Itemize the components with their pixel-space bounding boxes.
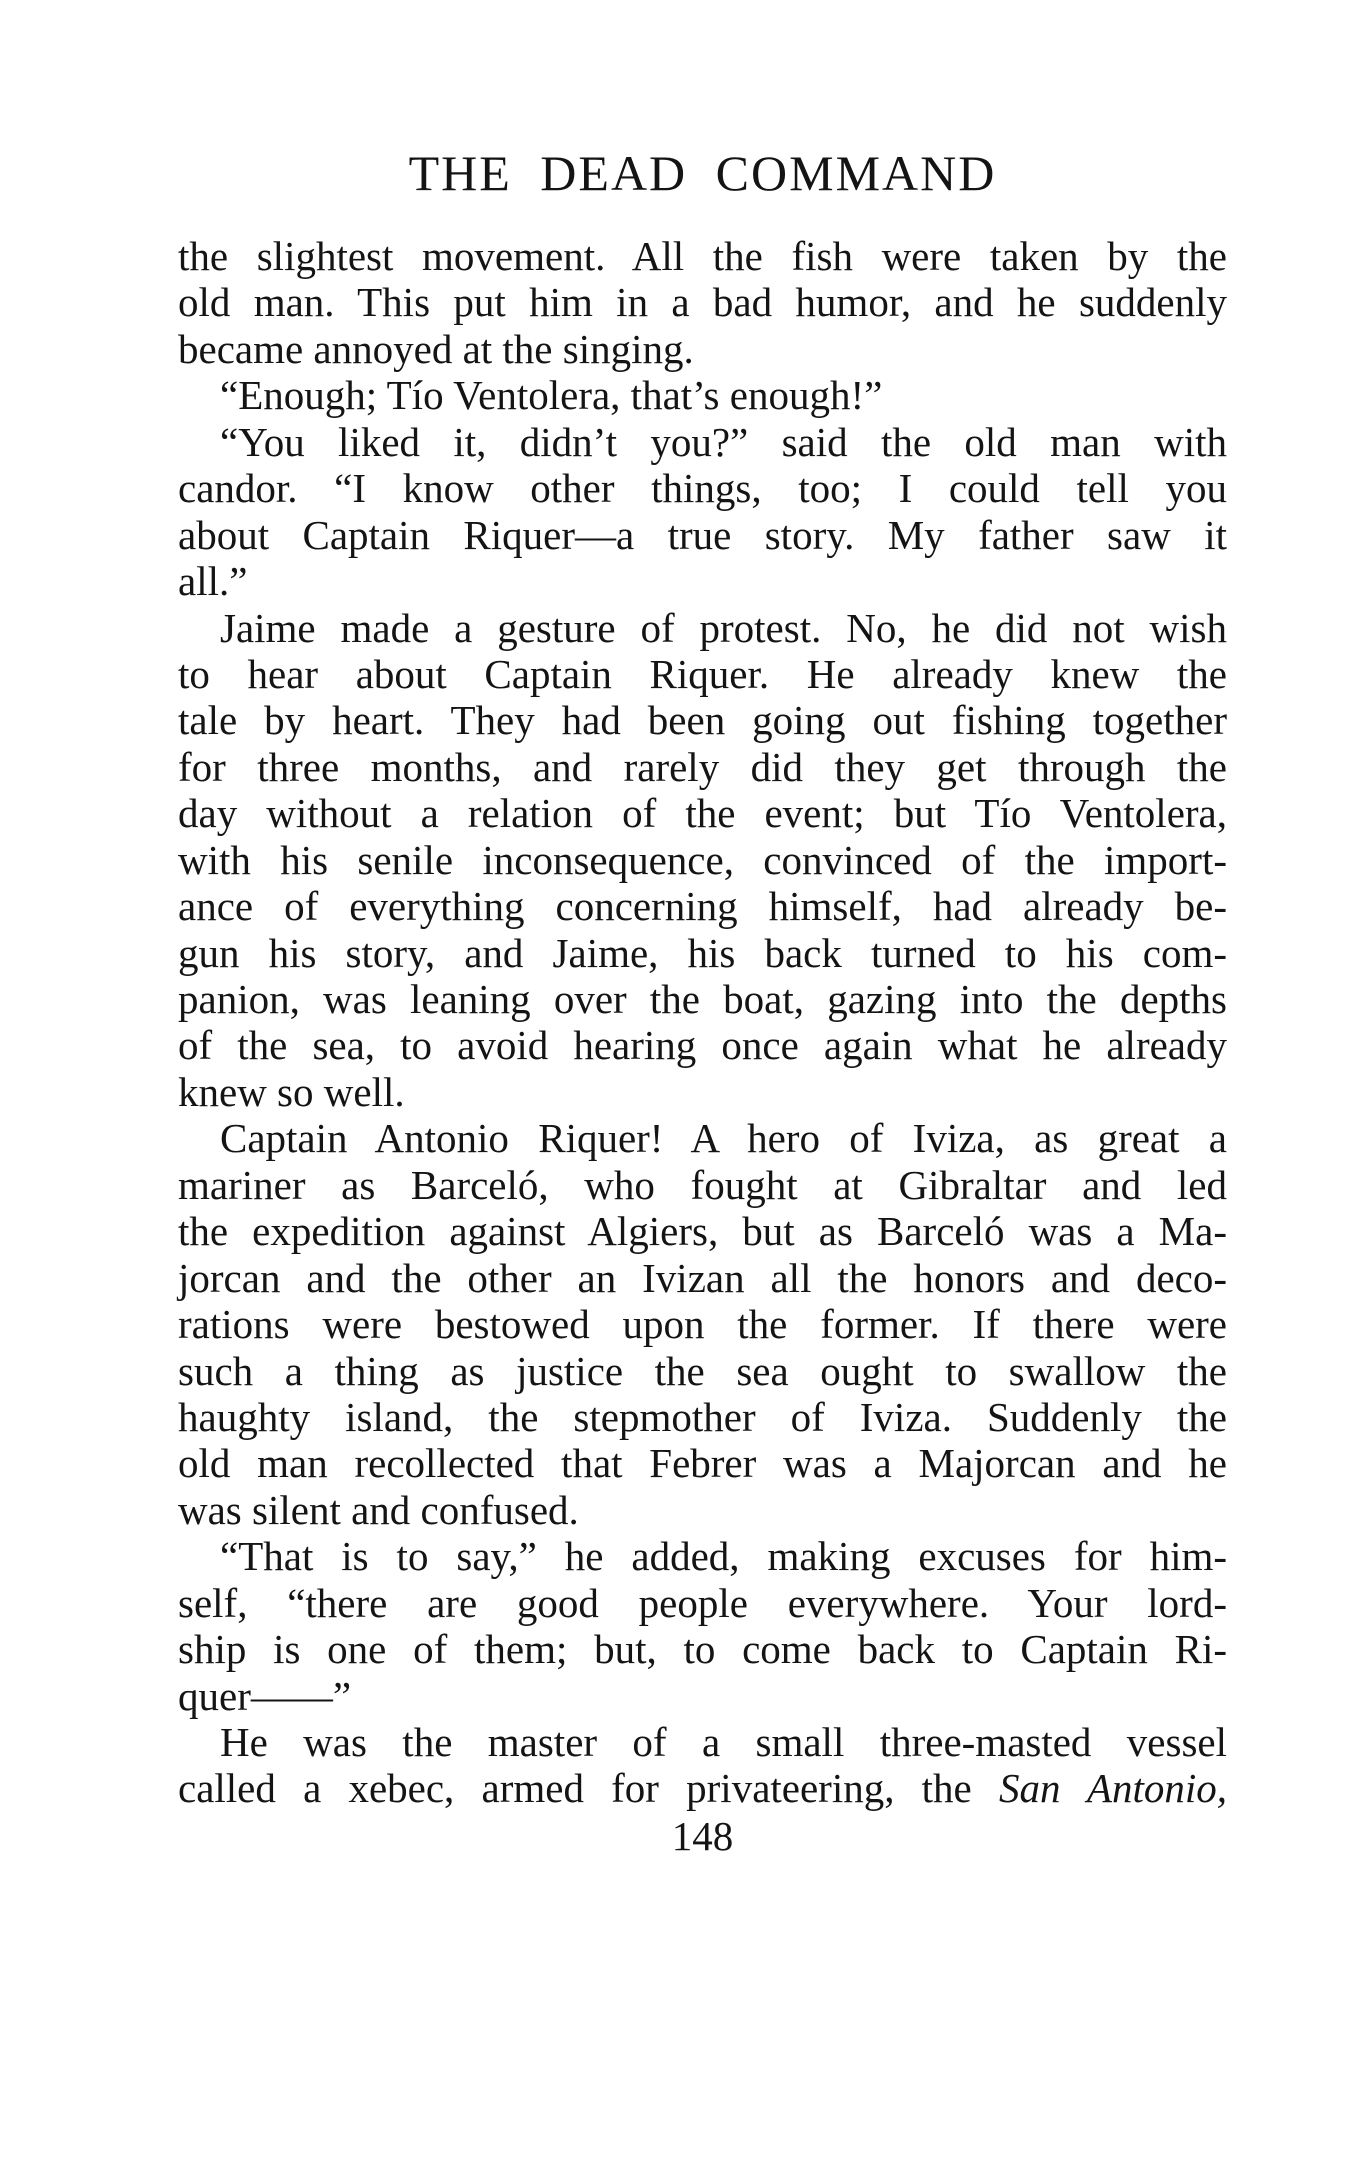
text-line: the slightest movement. All the fish wer… [178, 233, 1227, 279]
text-line: old man. This put him in a bad humor, an… [178, 279, 1227, 325]
text-line: all.” [178, 558, 1227, 604]
text-line: jorcan and the other an Ivizan all the h… [178, 1255, 1227, 1301]
body-text: the slightest movement. All the fish wer… [178, 233, 1227, 1812]
text-line: old man recollected that Febrer was a Ma… [178, 1440, 1227, 1486]
paragraph-start-line: “You liked it, didn’t you?” said the old… [178, 419, 1227, 465]
text-line: ship is one of them; but, to come back t… [178, 1626, 1227, 1672]
text-line: self, “there are good people everywhere.… [178, 1580, 1227, 1626]
text-line: to hear about Captain Riquer. He already… [178, 651, 1227, 697]
text-line: was silent and confused. [178, 1487, 1227, 1533]
text-line: with his senile inconsequence, convinced… [178, 837, 1227, 883]
paragraph-start-line: Jaime made a gesture of protest. No, he … [178, 605, 1227, 651]
text-line: about Captain Riquer—a true story. My fa… [178, 512, 1227, 558]
line-text: called a xebec, armed for privateering, … [178, 1765, 999, 1811]
text-line: of the sea, to avoid hearing once again … [178, 1022, 1227, 1068]
book-page: THE DEAD COMMAND the slightest movement.… [0, 0, 1372, 2163]
page-number: 148 [178, 1813, 1227, 1859]
text-line: such a thing as justice the sea ought to… [178, 1348, 1227, 1394]
text-line: rations were bestowed upon the former. I… [178, 1301, 1227, 1347]
text-line: the expedition against Algiers, but as B… [178, 1208, 1227, 1254]
text-line: day without a relation of the event; but… [178, 790, 1227, 836]
text-line-with-italic: called a xebec, armed for privateering, … [178, 1765, 1227, 1811]
running-head: THE DEAD COMMAND [178, 148, 1227, 198]
paragraph-start-line: Captain Antonio Riquer! A hero of Iviza,… [178, 1115, 1227, 1161]
text-line: tale by heart. They had been going out f… [178, 697, 1227, 743]
text-line: gun his story, and Jaime, his back turne… [178, 930, 1227, 976]
paragraph-start-line: “Enough; Tío Ventolera, that’s enough!” [178, 372, 1227, 418]
paragraph-start-line: He was the master of a small three-maste… [178, 1719, 1227, 1765]
text-line: ance of everything concerning himself, h… [178, 883, 1227, 929]
italic-ship-name: San Antonio, [999, 1765, 1227, 1811]
text-line: became annoyed at the singing. [178, 326, 1227, 372]
text-line: quer——” [178, 1673, 1227, 1719]
text-line: knew so well. [178, 1069, 1227, 1115]
text-line: candor. “I know other things, too; I cou… [178, 465, 1227, 511]
text-line: panion, was leaning over the boat, gazin… [178, 976, 1227, 1022]
text-line: for three months, and rarely did they ge… [178, 744, 1227, 790]
paragraph-start-line: “That is to say,” he added, making excus… [178, 1533, 1227, 1579]
text-line: mariner as Barceló, who fought at Gibral… [178, 1162, 1227, 1208]
text-line: haughty island, the stepmother of Iviza.… [178, 1394, 1227, 1440]
